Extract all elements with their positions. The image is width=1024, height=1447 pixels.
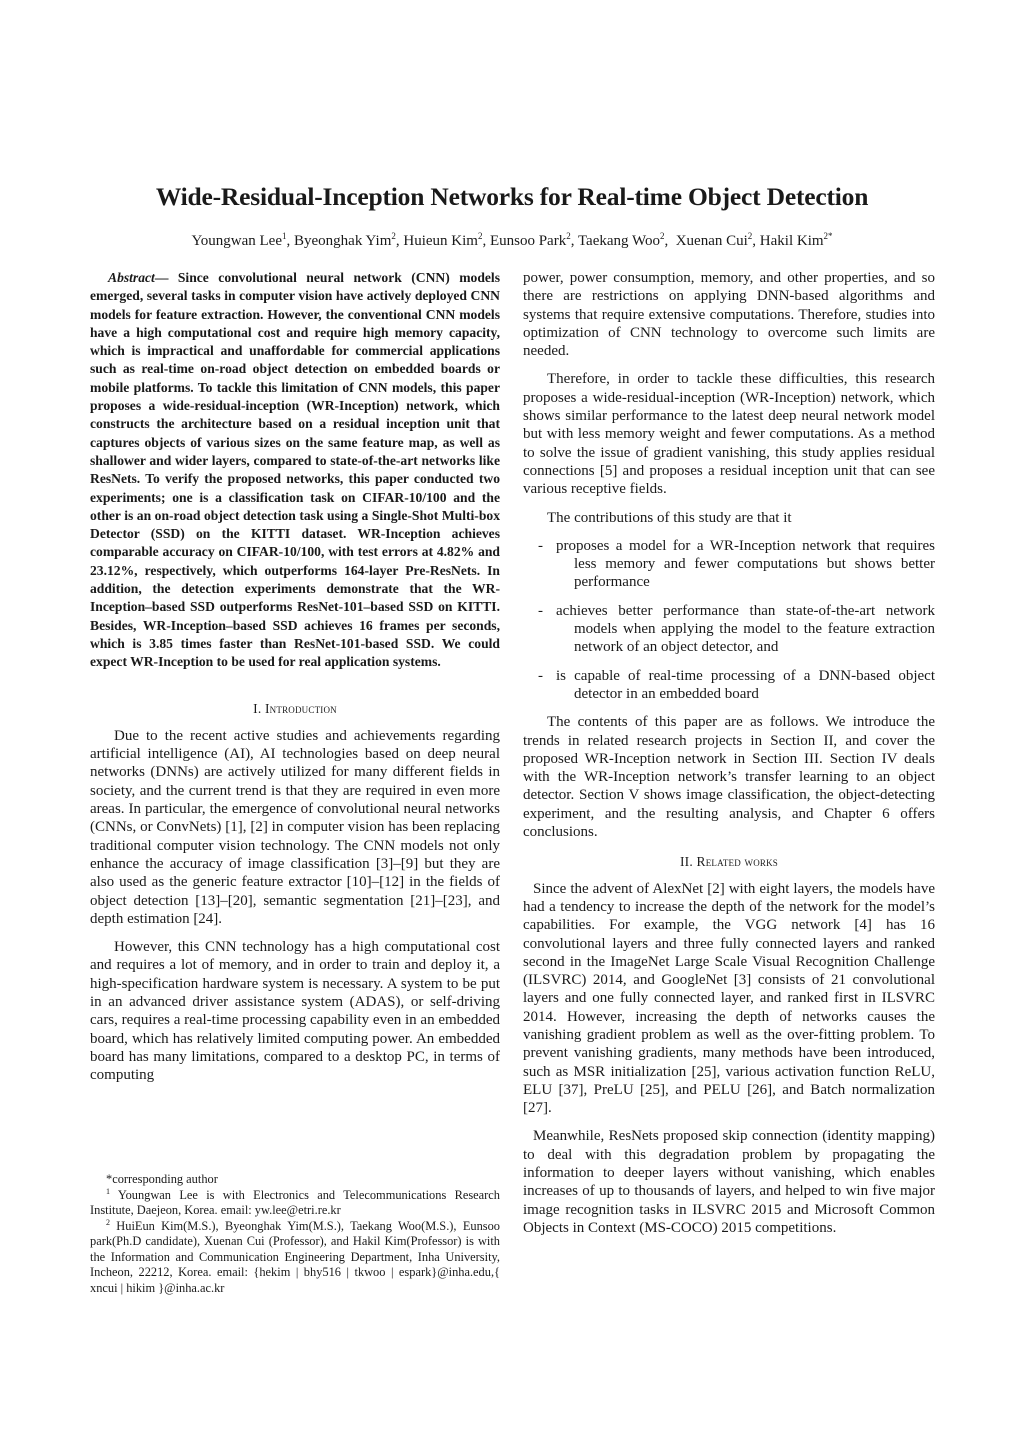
intro-paragraph-5: The contents of this paper are as follow… bbox=[523, 713, 935, 841]
section-heading-related-works: II. Related works bbox=[523, 853, 935, 871]
footnote-corresponding: *corresponding author bbox=[90, 1172, 500, 1188]
author: Youngwan Lee1 bbox=[191, 233, 286, 249]
paper-title: Wide-Residual-Inception Networks for Rea… bbox=[0, 182, 1024, 212]
related-paragraph-1: Since the advent of AlexNet [2] with eig… bbox=[523, 880, 935, 1118]
author: Hakil Kim2* bbox=[760, 233, 833, 249]
list-item: -achieves better performance than state-… bbox=[523, 602, 935, 657]
left-column: Abstract— Since convolutional neural net… bbox=[90, 269, 500, 1084]
footnotes: *corresponding author 1 Youngwan Lee is … bbox=[90, 1172, 500, 1296]
list-item: -is capable of real-time processing of a… bbox=[523, 667, 935, 704]
abstract-label: Abstract bbox=[108, 270, 155, 285]
abstract-text: Since convolutional neural network (CNN)… bbox=[90, 270, 500, 669]
author: Byeonghak Yim2 bbox=[294, 233, 396, 249]
contributions-list: -proposes a model for a WR-Inception net… bbox=[523, 537, 935, 703]
intro-paragraph-2: However, this CNN technology has a high … bbox=[90, 938, 500, 1084]
author-list: Youngwan Lee1, Byeonghak Yim2, Huieun Ki… bbox=[0, 233, 1024, 250]
footnote-1: 1 Youngwan Lee is with Electronics and T… bbox=[90, 1188, 500, 1219]
author: Huieun Kim2 bbox=[403, 233, 482, 249]
author: Eunsoo Park2 bbox=[490, 233, 571, 249]
list-item: -proposes a model for a WR-Inception net… bbox=[523, 537, 935, 592]
author: Xuenan Cui2 bbox=[676, 233, 753, 249]
intro-paragraph-3: Therefore, in order to tackle these diff… bbox=[523, 370, 935, 498]
footnote-2: 2 HuiEun Kim(M.S.), Byeonghak Yim(M.S.),… bbox=[90, 1219, 500, 1297]
section-heading-introduction: I. Introduction bbox=[90, 700, 500, 718]
right-column: power, power consumption, memory, and ot… bbox=[523, 269, 935, 1237]
related-paragraph-2: Meanwhile, ResNets proposed skip connect… bbox=[523, 1127, 935, 1237]
intro-paragraph-2-continued: power, power consumption, memory, and ot… bbox=[523, 269, 935, 360]
intro-paragraph-4: The contributions of this study are that… bbox=[523, 509, 935, 527]
abstract: Abstract— Since convolutional neural net… bbox=[90, 269, 500, 672]
author: Taekang Woo2 bbox=[578, 233, 665, 249]
intro-paragraph-1: Due to the recent active studies and ach… bbox=[90, 727, 500, 928]
